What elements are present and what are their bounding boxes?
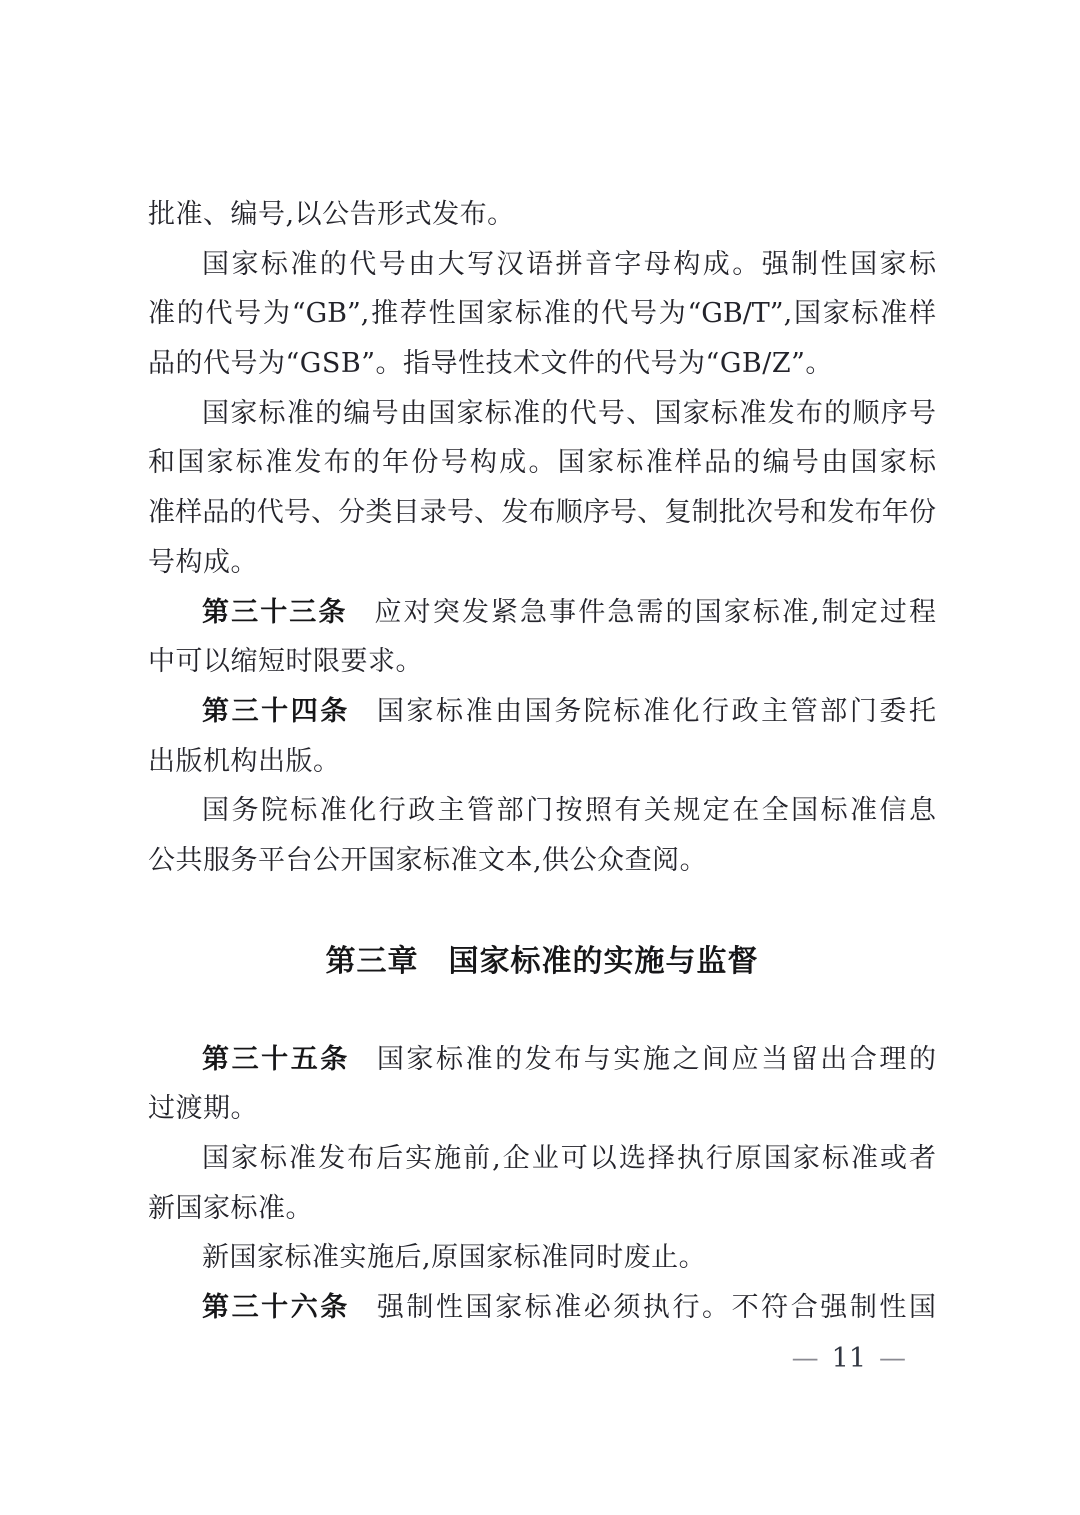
line-text: 国家标准的编号由国家标准的代号、国家标准发布的顺序号 <box>202 398 936 429</box>
body-text-line: 准的代号为“GB”,推荐性国家标准的代号为“GB/T”,国家标准样 <box>148 296 936 346</box>
line-text: 品的代号为“GSB”。指导性技术文件的代号为“GB/Z”。 <box>148 348 833 379</box>
body-text-line: 号构成。 <box>148 545 936 595</box>
body-text-line: 第三十五条国家标准的发布与实施之间应当留出合理的 <box>148 1042 936 1092</box>
line-text: 出版机构出版。 <box>148 746 341 777</box>
body-text-line: 和国家标准发布的年份号构成。国家标准样品的编号由国家标 <box>148 445 936 495</box>
body-text-line: 出版机构出版。 <box>148 744 936 794</box>
line-text: 过渡期。 <box>148 1093 258 1124</box>
body-text-line: 中可以缩短时限要求。 <box>148 644 936 694</box>
line-text: 和国家标准发布的年份号构成。国家标准样品的编号由国家标 <box>148 447 936 478</box>
footer-dash-left: — <box>792 1344 819 1374</box>
line-text: 新国家标准。 <box>148 1193 313 1224</box>
line-text: 国家标准的发布与实施之间应当留出合理的 <box>377 1044 936 1075</box>
body-text-line: 国务院标准化行政主管部门按照有关规定在全国标准信息 <box>148 793 936 843</box>
body-text-line: 公共服务平台公开国家标准文本,供公众查阅。 <box>148 843 936 893</box>
body-text-line: 国家标准发布后实施前,企业可以选择执行原国家标准或者 <box>148 1141 936 1191</box>
footer-dash-right: — <box>879 1344 906 1374</box>
body-text-line: 国家标准的编号由国家标准的代号、国家标准发布的顺序号 <box>148 396 936 446</box>
line-text: 应对突发紧急事件急需的国家标准,制定过程 <box>375 597 937 628</box>
body-text-line: 过渡期。 <box>148 1091 936 1141</box>
chapter-number: 第三章 <box>326 944 419 979</box>
blank-line <box>148 992 936 1042</box>
article-number: 第三十五条 <box>202 1044 350 1075</box>
line-text: 准的代号为“GB”,推荐性国家标准的代号为“GB/T”,国家标准样 <box>148 298 936 329</box>
article-number: 第三十六条 <box>202 1292 350 1323</box>
body-text-line: 第三十三条应对突发紧急事件急需的国家标准,制定过程 <box>148 595 936 645</box>
line-text: 号构成。 <box>148 547 258 578</box>
body-text-line: 国家标准的代号由大写汉语拼音字母构成。强制性国家标 <box>148 247 936 297</box>
blank-line <box>148 893 936 943</box>
body-text-line: 新国家标准。 <box>148 1191 936 1241</box>
line-text: 准样品的代号、分类目录号、发布顺序号、复制批次号和发布年份 <box>148 497 936 528</box>
line-text: 国家标准由国务院标准化行政主管部门委托 <box>377 696 936 727</box>
line-text: 国家标准的代号由大写汉语拼音字母构成。强制性国家标 <box>202 249 936 280</box>
line-text: 中可以缩短时限要求。 <box>148 646 423 677</box>
document-page: 批准、编号,以公告形式发布。国家标准的代号由大写汉语拼音字母构成。强制性国家标准… <box>0 0 1080 1515</box>
footer-page-number: 11 <box>832 1344 866 1374</box>
line-text: 国务院标准化行政主管部门按照有关规定在全国标准信息 <box>202 795 936 826</box>
line-text: 批准、编号,以公告形式发布。 <box>148 199 515 230</box>
chapter-heading: 第三章国家标准的实施与监督 <box>148 942 936 992</box>
line-text: 新国家标准实施后,原国家标准同时废止。 <box>202 1242 706 1273</box>
body-text-line: 准样品的代号、分类目录号、发布顺序号、复制批次号和发布年份 <box>148 495 936 545</box>
body-text-line: 批准、编号,以公告形式发布。 <box>148 197 936 247</box>
article-number: 第三十四条 <box>202 696 350 727</box>
body-text-line: 第三十四条国家标准由国务院标准化行政主管部门委托 <box>148 694 936 744</box>
line-text: 国家标准发布后实施前,企业可以选择执行原国家标准或者 <box>202 1143 936 1174</box>
body-text-line: 第三十六条强制性国家标准必须执行。不符合强制性国 <box>148 1290 936 1340</box>
document-body: 批准、编号,以公告形式发布。国家标准的代号由大写汉语拼音字母构成。强制性国家标准… <box>148 197 936 1340</box>
body-text-line: 新国家标准实施后,原国家标准同时废止。 <box>148 1240 936 1290</box>
article-number: 第三十三条 <box>202 597 348 628</box>
line-text: 强制性国家标准必须执行。不符合强制性国 <box>377 1292 936 1323</box>
line-text: 国家标准的实施与监督 <box>449 944 759 979</box>
line-text: 公共服务平台公开国家标准文本,供公众查阅。 <box>148 845 707 876</box>
body-text-line: 品的代号为“GSB”。指导性技术文件的代号为“GB/Z”。 <box>148 346 936 396</box>
page-footer: — 11 — <box>792 1344 906 1374</box>
